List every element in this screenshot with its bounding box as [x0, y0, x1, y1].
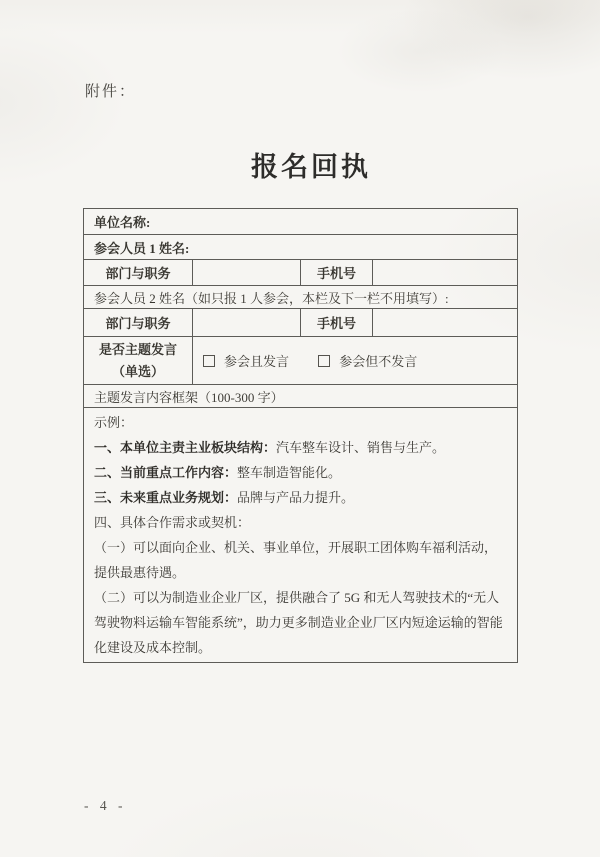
attachment-label: 附件：	[85, 80, 136, 101]
example-content-cell: 示例： 一、本单位主责主业板块结构：汽车整车设计、销售与生产。 二、当前重点工作…	[84, 408, 518, 663]
attendee2-note: （如只报 1 人参会，本栏及下一栏不用填写）:	[185, 291, 449, 306]
page-number: - 4 -	[84, 798, 127, 814]
dept1-label: 部门与职务	[84, 260, 193, 286]
attendee2-label-bold: 参会人员 2 姓名	[94, 291, 185, 306]
framework-header-cell: 主题发言内容框架（100-300 字）	[84, 385, 518, 408]
table-row: 示例： 一、本单位主责主业板块结构：汽车整车设计、销售与生产。 二、当前重点工作…	[84, 408, 518, 663]
option-label: 参会但不发言	[339, 354, 417, 369]
table-row: 参会人员 1 姓名:	[84, 235, 518, 260]
unit-name-label: 单位名称:	[84, 209, 518, 235]
phone1-input-cell	[373, 260, 518, 286]
page-title: 报名回执	[11, 145, 600, 184]
example-item: 四、具体合作需求或契机：	[94, 510, 507, 535]
registration-form-table: 单位名称: 参会人员 1 姓名: 部门与职务 手机号 参会人员 2 姓名（如只报…	[83, 208, 518, 663]
table-row: 主题发言内容框架（100-300 字）	[84, 385, 518, 408]
example-item: 二、当前重点工作内容：整车制造智能化。	[94, 460, 507, 485]
framework-label: 主题发言内容框架	[94, 390, 198, 405]
speech-choice-label: 是否主题发言 （单选）	[84, 337, 193, 385]
phone2-input-cell	[373, 309, 518, 337]
table-row: 是否主题发言 （单选） 参会且发言 参会但不发言	[84, 337, 518, 385]
dept1-input-cell	[193, 260, 301, 286]
option-attend-and-speak: 参会且发言	[203, 351, 289, 370]
speech-label-line1: 是否主题发言	[94, 339, 182, 361]
checkbox-icon	[318, 355, 330, 367]
attendee1-name-label: 参会人员 1 姓名:	[84, 235, 518, 260]
checkbox-icon	[203, 355, 215, 367]
speech-label-line2: （单选）	[94, 361, 182, 383]
dept2-input-cell	[193, 309, 301, 337]
framework-note: （100-300 字）	[198, 390, 284, 405]
phone1-label: 手机号	[301, 260, 373, 286]
phone2-label: 手机号	[301, 309, 373, 337]
attendee2-name-label: 参会人员 2 姓名（如只报 1 人参会，本栏及下一栏不用填写）:	[84, 286, 518, 309]
table-row: 参会人员 2 姓名（如只报 1 人参会，本栏及下一栏不用填写）:	[84, 286, 518, 309]
example-item: （二）可以为制造业企业厂区，提供融合了 5G 和无人驾驶技术的“无人驾驶物料运输…	[94, 585, 507, 660]
table-row: 部门与职务 手机号	[84, 309, 518, 337]
example-item: （一）可以面向企业、机关、事业单位，开展职工团体购车福利活动，提供最惠待遇。	[94, 535, 507, 585]
table-row: 单位名称:	[84, 209, 518, 235]
example-item: 一、本单位主责主业板块结构：汽车整车设计、销售与生产。	[94, 435, 507, 460]
example-intro: 示例：	[94, 410, 507, 435]
example-item: 三、未来重点业务规划：品牌与产品力提升。	[94, 485, 507, 510]
option-attend-no-speak: 参会但不发言	[318, 351, 417, 370]
speech-options-cell: 参会且发言 参会但不发言	[193, 337, 518, 385]
option-label: 参会且发言	[224, 354, 289, 369]
table-row: 部门与职务 手机号	[84, 260, 518, 286]
dept2-label: 部门与职务	[84, 309, 193, 337]
